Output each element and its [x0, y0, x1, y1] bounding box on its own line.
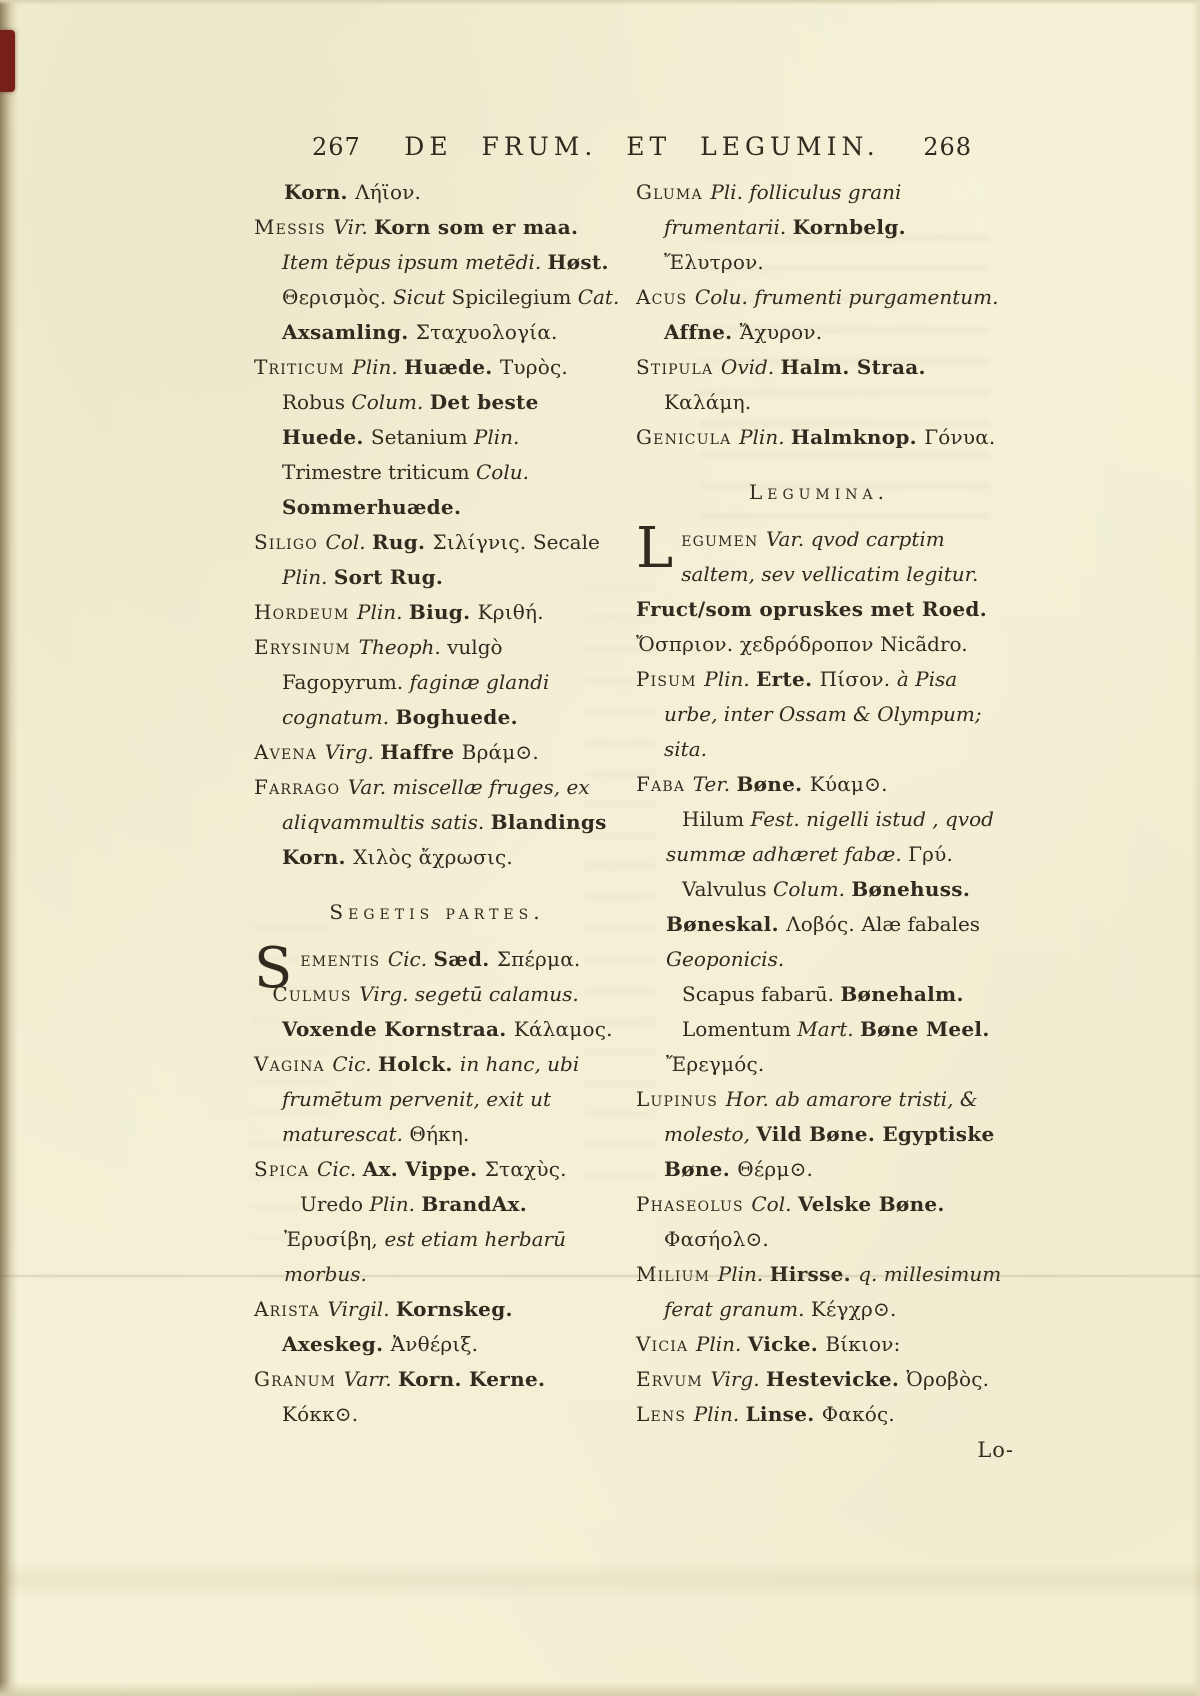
- left-column: Korn. Λήϊον.Messis Vir. Korn som er maa.…: [254, 175, 620, 1432]
- text-block: 267 DE FRUM. ET LEGUMIN. 268 Korn. Λήϊον…: [254, 132, 1016, 1462]
- text-run-it: Colu. frumenti purgamentum.: [695, 285, 999, 309]
- entry-lens: Lens Plin. Linse. Φακός.: [636, 1397, 1002, 1432]
- entry-granum: Granum Varr. Korn. Kerne. Κόκκ⊙.: [254, 1362, 620, 1432]
- text-run-it: Plin.: [696, 1332, 748, 1356]
- text-run-lead: Faba: [636, 772, 693, 796]
- text-run-lead: Gluma: [636, 180, 710, 204]
- text-run-lead: Granum: [254, 1367, 344, 1391]
- text-run-bl: Voxende Kornstraa.: [282, 1017, 514, 1041]
- text-run-lead: Culmus: [272, 982, 359, 1006]
- text-run-head: Segetis partes.: [329, 900, 544, 924]
- text-run-bl: Biug.: [409, 600, 478, 624]
- text-run-it: Geoponicis.: [666, 947, 784, 971]
- text-run-bl: Linse.: [746, 1402, 822, 1426]
- text-run-lead: Arista: [254, 1297, 328, 1321]
- text-run-bl: Bøne Meel.: [860, 1017, 990, 1041]
- text-run-gr: Λοβός.: [786, 912, 861, 936]
- text-run-rm: Secale: [533, 530, 600, 554]
- text-run-head: Legumina.: [749, 480, 889, 504]
- text-run-it: Plin.: [474, 425, 520, 449]
- text-run-lead: Ervum: [636, 1367, 710, 1391]
- entry-hordeum: Hordeum Plin. Biug. Κριθή.: [254, 595, 620, 630]
- page-number-left: 267: [312, 133, 361, 161]
- text-run-rm: Scapus fabarū.: [682, 982, 840, 1006]
- entry-farrago: Farrago Var. miscellæ fruges, ex aliqvam…: [254, 770, 620, 875]
- text-run-bl: Sort Rug.: [334, 565, 443, 589]
- text-run-it: Item tĕpus ipsum metēdi.: [282, 250, 548, 274]
- text-run-it: Plin.: [739, 425, 791, 449]
- text-run-it: Varr.: [344, 1367, 398, 1391]
- text-run-lead: Siligo: [254, 530, 325, 554]
- entry-messis: Messis Vir. Korn som er maa. Item tĕpus …: [254, 210, 620, 350]
- text-run-gr: Θήκη.: [409, 1122, 469, 1146]
- text-run-rm: Trimestre triticum: [282, 460, 476, 484]
- entry-lupinus: Lupinus Hor. ab amarore tristi, & molest…: [636, 1082, 1002, 1187]
- text-run-it: Ter.: [693, 772, 737, 796]
- text-run-gr: Τυρὸς.: [500, 355, 568, 379]
- text-run-gr: Γρύ.: [908, 842, 953, 866]
- text-run-gr: Ἄχυρον.: [740, 320, 823, 344]
- text-run-bl: Kornbelg.: [793, 215, 906, 239]
- crease-band: [0, 1560, 1200, 1600]
- text-run-rm: Alæ fabales: [862, 912, 981, 936]
- text-run-lead: Acus: [636, 285, 695, 309]
- entry-erysinum: Erysinum Theoph. vulgò Fagopyrum. faginæ…: [254, 630, 620, 735]
- text-run-gr: Γόνυα.: [924, 425, 995, 449]
- text-run-lead: Vagina: [254, 1052, 332, 1076]
- two-column-layout: Korn. Λήϊον.Messis Vir. Korn som er maa.…: [254, 175, 1016, 1432]
- text-run-lead: Messis: [254, 215, 334, 239]
- text-run-it: Mart.: [797, 1017, 860, 1041]
- text-run-bl: Korn. Kerne.: [398, 1367, 545, 1391]
- text-run-it: Plin.: [369, 1192, 421, 1216]
- text-run-bl: Erte.: [756, 667, 819, 691]
- text-run-gr: Φασήολ⊙.: [664, 1227, 769, 1251]
- entry-avena: Avena Virg. Haffre Βράμ⊙.: [254, 735, 620, 770]
- text-run-rm: Uredo: [300, 1192, 369, 1216]
- entry-legumen: Legumen Var. qvod carptim saltem, sev ve…: [636, 522, 1002, 662]
- text-run-bl: Velske Bøne.: [798, 1192, 945, 1216]
- text-run-bl: Halm. Straa.: [781, 355, 926, 379]
- paper-edge-right: [1192, 0, 1200, 1696]
- text-run-lead: Hordeum: [254, 600, 357, 624]
- text-run-lead: Erysinum: [254, 635, 359, 659]
- text-run-gr: Ὀροβὸς.: [906, 1367, 989, 1391]
- text-run-dropcap: L: [636, 522, 681, 572]
- text-run-gr: Βράμ⊙.: [462, 740, 539, 764]
- text-run-gr: Κύαμ⊙.: [810, 772, 888, 796]
- text-run-it: Colum.: [773, 877, 851, 901]
- text-run-bl: Halmknop.: [791, 425, 924, 449]
- text-run-it: Plin.: [352, 355, 404, 379]
- text-run-rm: Nicãdro.: [880, 632, 967, 656]
- page-header: 267 DE FRUM. ET LEGUMIN. 268: [254, 132, 1016, 161]
- text-run-bl: Korn som er maa.: [374, 215, 578, 239]
- text-run-it: Plin.: [694, 1402, 746, 1426]
- entry-phaseolus: Phaseolus Col. Velske Bøne. Φασήολ⊙.: [636, 1187, 1002, 1257]
- text-run-gr: Κέγχρ⊙.: [811, 1297, 897, 1321]
- text-run-gr: Λήϊον.: [355, 180, 421, 204]
- entry-culmus: Culmus Virg. segetū calamus. Voxende Kor…: [254, 977, 620, 1047]
- entry-stipula: Stipula Ovid. Halm. Straa. Καλάμη.: [636, 350, 1002, 420]
- paper-edge-top: [0, 0, 1200, 5]
- text-run-bl: Vicke.: [748, 1332, 826, 1356]
- entry-milium: Milium Plin. Hirsse. q. millesimum ferat…: [636, 1257, 1002, 1327]
- entry-sementis: Sementis Cic. Sæd. Σπέρμα.: [254, 942, 620, 977]
- entry-ervum: Ervum Virg. Hestevicke. Ὀροβὸς.: [636, 1362, 1002, 1397]
- text-run-gr: Θερισμὸς.: [282, 285, 393, 309]
- entry-acus: Acus Colu. frumenti purgamentum. Affne. …: [636, 280, 1002, 350]
- text-run-it: Plin.: [282, 565, 334, 589]
- text-run-gr: Θέρμ⊙.: [737, 1157, 813, 1181]
- text-run-bl: Haffre: [380, 740, 461, 764]
- text-run-it: Plin.: [704, 667, 756, 691]
- text-run-lead: Farrago: [254, 775, 348, 799]
- text-run-gr: Κόκκ⊙.: [282, 1402, 358, 1426]
- text-run-bl: Boghuede.: [395, 705, 517, 729]
- entry-pisum: Pisum Plin. Erte. Πίσον. à Pisa urbe, in…: [636, 662, 1002, 767]
- scanned-book-page: 267 DE FRUM. ET LEGUMIN. 268 Korn. Λήϊον…: [0, 0, 1200, 1696]
- paper-edge-left: [0, 0, 18, 1696]
- text-run-lead: Phaseolus: [636, 1192, 751, 1216]
- entry-korn: Korn. Λήϊον.: [254, 175, 620, 210]
- text-run-bl: Fruct/som opruskes met Roed.: [636, 597, 987, 621]
- text-run-rm: Lomentum: [682, 1017, 797, 1041]
- text-run-lead: Lupinus: [636, 1087, 726, 1111]
- text-run-gr: Πίσον.: [820, 667, 897, 691]
- text-run-it: Colu.: [476, 460, 529, 484]
- text-run-it: Col.: [751, 1192, 797, 1216]
- text-run-gr: Σταχὺς.: [485, 1157, 567, 1181]
- entry-hilum: Hilum Fest. nigelli istud , qvod summæ a…: [636, 802, 1002, 872]
- text-run-bl: Sommerhuæde.: [282, 495, 461, 519]
- entry-genicula: Genicula Plin. Halmknop. Γόνυα.: [636, 420, 1002, 455]
- text-run-lead: Genicula: [636, 425, 739, 449]
- text-run-lead: Stipula: [636, 355, 721, 379]
- text-run-lead: Spica: [254, 1157, 317, 1181]
- text-run-it: Ovid.: [721, 355, 781, 379]
- text-run-lead: Pisum: [636, 667, 704, 691]
- text-run-bl: Sæd.: [433, 947, 496, 971]
- crease-line: [0, 1274, 1200, 1278]
- text-run-lead: egumen: [681, 527, 766, 551]
- text-run-gr: Ἀνθέριξ.: [391, 1332, 479, 1356]
- running-title: DE FRUM. ET LEGUMIN.: [361, 132, 923, 161]
- text-run-rm: Hilum: [682, 807, 750, 831]
- entry-faba: Faba Ter. Bøne. Κύαμ⊙.: [636, 767, 1002, 802]
- text-run-it: Virg.: [325, 740, 381, 764]
- text-run-bl: Rug.: [372, 530, 433, 554]
- text-run-bl: Holck.: [378, 1052, 460, 1076]
- text-run-gr: Σπέρμα.: [497, 947, 581, 971]
- text-run-rm: Setanium: [371, 425, 474, 449]
- text-run-it: Cic.: [317, 1157, 363, 1181]
- text-run-bl: Ax. Vippe.: [363, 1157, 485, 1181]
- text-run-bl: BrandAx.: [421, 1192, 527, 1216]
- text-run-bl: Axsamling.: [282, 320, 416, 344]
- text-run-lead: Vicia: [636, 1332, 696, 1356]
- text-run-gr: Κάλαμος.: [514, 1017, 613, 1041]
- entry-valvulus: Valvulus Colum. Bønehuss. Bøneskal. Λοβό…: [636, 872, 1002, 977]
- text-run-gr: Ὄσπριον. χεδρόδροπον: [636, 632, 880, 656]
- text-run-bl: Hestevicke.: [766, 1367, 906, 1391]
- red-edge-mark: [0, 30, 15, 92]
- text-run-rm: Robus: [282, 390, 351, 414]
- text-run-lead: ementis: [300, 947, 387, 971]
- text-run-gr: Καλάμη.: [664, 390, 751, 414]
- text-run-it: Col.: [325, 530, 371, 554]
- catchword: Lo-: [254, 1438, 1016, 1462]
- text-run-lead: Avena: [254, 740, 325, 764]
- text-run-rm: Spicilegium: [452, 285, 578, 309]
- text-run-it: Virg. segetū calamus.: [359, 982, 579, 1006]
- text-run-it: Vir.: [334, 215, 375, 239]
- paper-edge-bottom: [0, 1682, 1200, 1696]
- text-run-lead: Lens: [636, 1402, 694, 1426]
- entry-triticum: Triticum Plin. Huæde. Τυρὸς. Robus Colum…: [254, 350, 620, 525]
- text-run-lead: Triticum: [254, 355, 352, 379]
- text-run-gr: Σταχυολογία.: [416, 320, 558, 344]
- text-run-it: Sicut: [393, 285, 452, 309]
- right-column: Gluma Pli. folliculus grani frumentarii.…: [636, 175, 1002, 1432]
- text-run-bl: Bøne.: [736, 772, 809, 796]
- text-run-it: Cat.: [578, 285, 620, 309]
- text-run-gr: Ἔλυτρον.: [664, 250, 764, 274]
- text-run-it: Virg.: [710, 1367, 766, 1391]
- text-run-gr: Ἔρεγμός.: [666, 1052, 764, 1076]
- text-run-it: Plin.: [357, 600, 409, 624]
- entry-scapus: Scapus fabarū. Bønehalm.: [636, 977, 1002, 1012]
- text-run-gr: Ἐρυσίβη,: [284, 1227, 385, 1251]
- entry-vicia: Vicia Plin. Vicke. Βίκιον:: [636, 1327, 1002, 1362]
- text-run-bl: Høst.: [548, 250, 609, 274]
- text-run-gr: Βίκιον:: [825, 1332, 900, 1356]
- text-run-it: Colum.: [351, 390, 429, 414]
- text-run-it: Cic.: [332, 1052, 378, 1076]
- page-number-right: 268: [923, 133, 972, 161]
- text-run-gr: Κριθή.: [478, 600, 544, 624]
- text-run-gr: Χιλὸς ἄχρωσις.: [353, 845, 513, 869]
- entry-arista: Arista Virgil. Kornskeg. Axeskeg. Ἀνθέρι…: [254, 1292, 620, 1362]
- text-run-it: Cic.: [388, 947, 434, 971]
- entry-lomentum: Lomentum Mart. Bøne Meel. Ἔρεγμός.: [636, 1012, 1002, 1082]
- heading-legumina: Legumina.: [636, 475, 1002, 510]
- text-run-rm: Valvulus: [682, 877, 773, 901]
- text-run-gr: Φακός.: [822, 1402, 895, 1426]
- entry-gluma: Gluma Pli. folliculus grani frumentarii.…: [636, 175, 1002, 280]
- text-run-it: Var.: [348, 775, 393, 799]
- heading-segetis-partes: Segetis partes.: [254, 895, 620, 930]
- entry-siligo: Siligo Col. Rug. Σιλίγνις. Secale Plin. …: [254, 525, 620, 595]
- text-run-bl: Huæde.: [404, 355, 500, 379]
- text-run-bl: Affne.: [664, 320, 740, 344]
- text-run-bl: Korn.: [284, 180, 355, 204]
- text-run-bl: Bønehalm.: [840, 982, 963, 1006]
- text-run-gr: Σιλίγνις.: [433, 530, 533, 554]
- text-run-it: Virgil.: [328, 1297, 396, 1321]
- entry-spica: Spica Cic. Ax. Vippe. Σταχὺς.: [254, 1152, 620, 1187]
- text-run-it: Theoph.: [359, 635, 448, 659]
- entry-vagina: Vagina Cic. Holck. in hanc, ubi frumētum…: [254, 1047, 620, 1152]
